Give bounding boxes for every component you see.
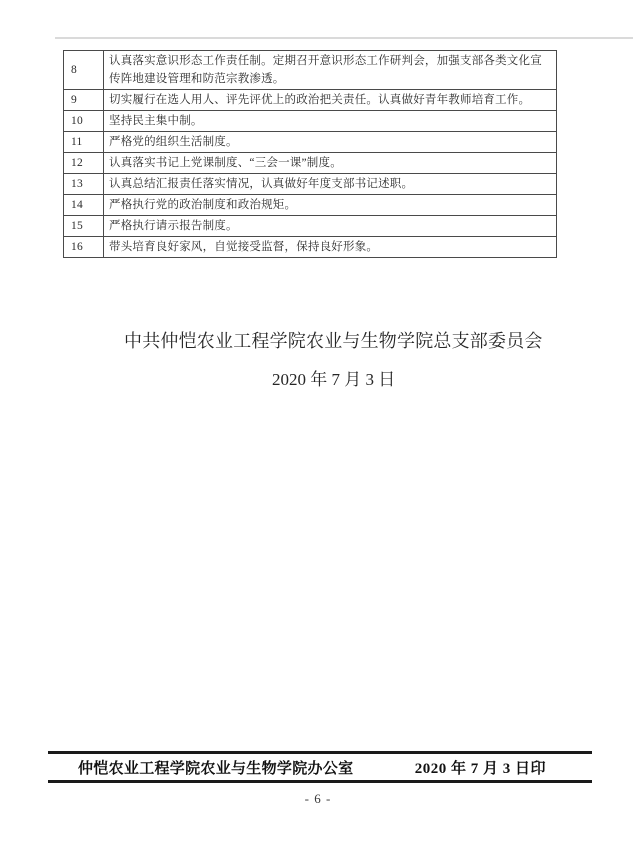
closing-signature: 中共仲恺农业工程学院农业与生物学院总支部委员会 [124,327,543,353]
row-number: 14 [64,195,104,216]
closing-date: 2020 年 7 月 3 日 [272,365,395,390]
table-row: 15严格执行请示报告制度。 [64,216,557,237]
row-number: 13 [64,174,104,195]
table-row: 14严格执行党的政治制度和政治规矩。 [64,195,557,216]
row-number: 8 [64,51,104,90]
table-row: 11严格党的组织生活制度。 [64,132,557,153]
footer-print-date: 2020 年 7 月 3 日印 [415,757,546,778]
table-row: 16带头培育良好家风，自觉接受监督，保持良好形象。 [64,237,557,258]
row-number: 12 [64,153,104,174]
document-page: 8认真落实意识形态工作责任制。定期召开意识形态工作研判会，加强支部各类文化宣传阵… [0,0,633,860]
row-text: 带头培育良好家风，自觉接受监督，保持良好形象。 [104,237,557,258]
row-number: 10 [64,111,104,132]
table-row: 8认真落实意识形态工作责任制。定期召开意识形态工作研判会，加强支部各类文化宣传阵… [64,51,557,90]
row-text: 严格执行党的政治制度和政治规矩。 [104,195,557,216]
row-text: 严格党的组织生活制度。 [104,132,557,153]
footer-rule-top [48,751,592,754]
scan-artifact-line [55,37,633,39]
table-row: 13认真总结汇报责任落实情况，认真做好年度支部书记述职。 [64,174,557,195]
footer-text-row: 仲恺农业工程学院农业与生物学院办公室 2020 年 7 月 3 日印 [48,755,592,779]
row-text: 认真总结汇报责任落实情况，认真做好年度支部书记述职。 [104,174,557,195]
table-row: 12认真落实书记上党课制度、“三会一课”制度。 [64,153,557,174]
row-text: 严格执行请示报告制度。 [104,216,557,237]
table-row: 9切实履行在选人用人、评先评优上的政治把关责任。认真做好青年教师培育工作。 [64,90,557,111]
row-text: 切实履行在选人用人、评先评优上的政治把关责任。认真做好青年教师培育工作。 [104,90,557,111]
row-number: 16 [64,237,104,258]
row-text: 认真落实书记上党课制度、“三会一课”制度。 [104,153,557,174]
responsibility-table: 8认真落实意识形态工作责任制。定期召开意识形态工作研判会，加强支部各类文化宣传阵… [63,50,557,258]
row-number: 15 [64,216,104,237]
responsibility-table-body: 8认真落实意识形态工作责任制。定期召开意识形态工作研判会，加强支部各类文化宣传阵… [64,51,557,258]
table-row: 10坚持民主集中制。 [64,111,557,132]
row-number: 11 [64,132,104,153]
row-text: 认真落实意识形态工作责任制。定期召开意识形态工作研判会，加强支部各类文化宣传阵地… [104,51,557,90]
footer-office-name: 仲恺农业工程学院农业与生物学院办公室 [78,757,353,778]
page-number: - 6 - [0,791,633,807]
footer-rule-bottom [48,780,592,783]
row-text: 坚持民主集中制。 [104,111,557,132]
row-number: 9 [64,90,104,111]
